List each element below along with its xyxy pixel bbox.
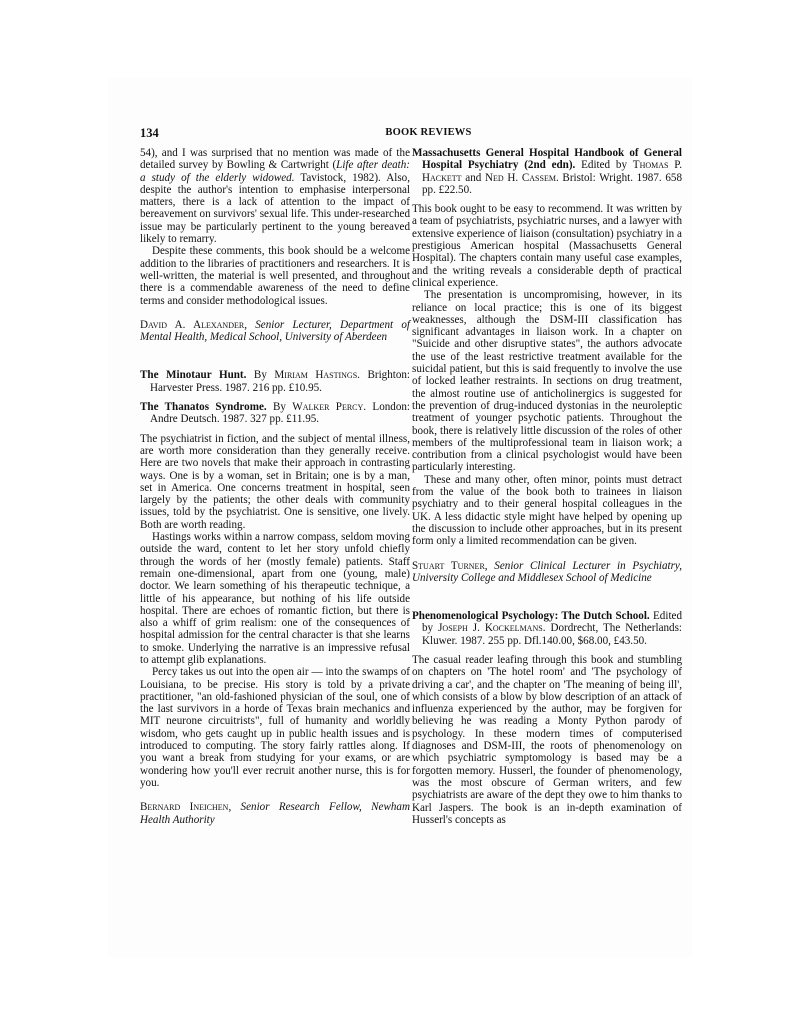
reviewer-name: David A. Alexander [140,319,244,331]
review-paragraph: The presentation is uncompromising, howe… [412,289,682,473]
review-paragraph: The psychiatrist in fiction, and the sub… [140,433,410,531]
review-paragraph: The casual reader leafing through this b… [412,654,682,826]
book-author: Walker Percy [292,401,363,413]
book-citation-mgh-handbook: Massachusetts General Hospital Handbook … [412,147,682,196]
book-title: The Thanatos Syndrome. [140,401,267,413]
book-citation-phenomenological: Phenomenological Psychology: The Dutch S… [412,610,682,647]
book-title: Phenomenological Psychology: The Dutch S… [412,610,650,622]
reviewer-name: Stuart Turner [412,560,485,572]
reviewer-signature-2: Bernard Ineichen, Senior Research Fellow… [140,801,410,826]
right-column: Massachusetts General Hospital Handbook … [412,147,682,826]
book-title: The Minotaur Hunt. [140,369,246,381]
book-editor: Ned H. Cassem [485,172,556,184]
reviewer-name: Bernard Ineichen [140,801,228,813]
continuation-paragraph-2: Despite these comments, this book should… [140,245,410,306]
left-column: 54), and I was surprised that no mention… [140,147,410,826]
book-editor: Joseph J. Kockelmans [438,622,543,634]
book-citation-minotaur: The Minotaur Hunt. By Miriam Hastings. B… [140,369,410,394]
review-paragraph: Percy takes us out into the open air — i… [140,666,410,789]
continuation-paragraph-1: 54), and I was surprised that no mention… [140,147,410,245]
book-author: Miriam Hastings [274,369,357,381]
page-header: 134 BOOK REVIEWS [140,126,717,142]
review-paragraph: This book ought to be easy to recommend.… [412,203,682,289]
review-paragraph: These and many other, often minor, point… [412,474,682,548]
reviewer-signature-3: Stuart Turner, Senior Clinical Lecturer … [412,560,682,585]
book-citation-thanatos: The Thanatos Syndrome. By Walker Percy. … [140,401,410,426]
review-paragraph: Hastings works within a narrow compass, … [140,531,410,666]
reviewer-signature-1: David A. Alexander, Senior Lecturer, Dep… [140,319,410,344]
running-head: BOOK REVIEWS [140,127,717,138]
